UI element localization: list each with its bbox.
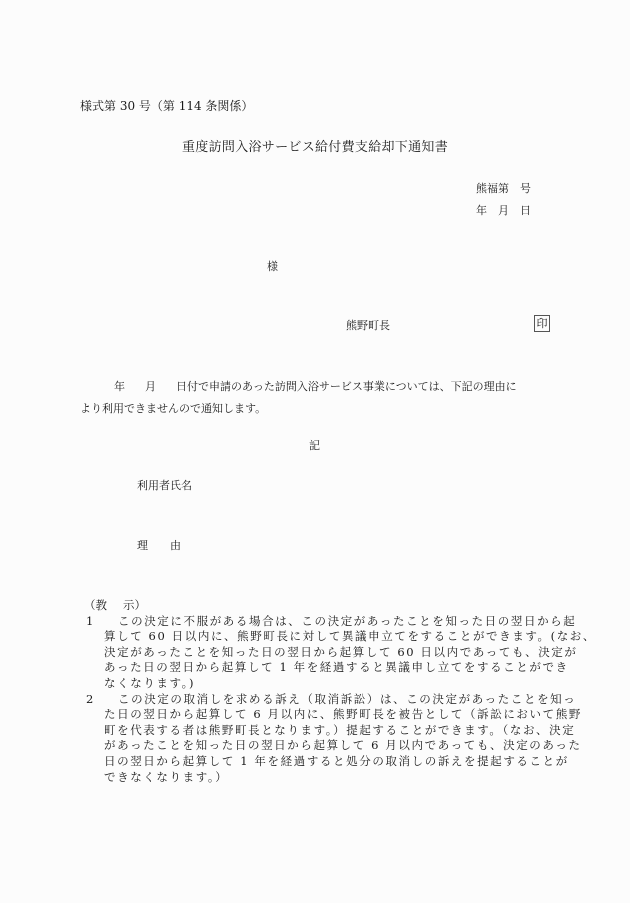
notice-item-number: 1 (80, 614, 104, 692)
form-number: 様式第 30 号（第 114 条関係） (80, 97, 253, 114)
notice-line: できなくなります。） (104, 770, 582, 786)
addressee-suffix: 様 (267, 258, 278, 274)
notice-item-number: 2 (80, 692, 104, 786)
notice-heading-open: （教 (84, 598, 107, 612)
ki-heading: 記 (309, 437, 320, 453)
document-title: 重度訪問入浴サービス給付費支給却下通知書 (182, 136, 448, 155)
seal-stamp: 印 (534, 315, 550, 332)
notice-line: た日の翌日から起算して 6 月以内に、熊野町長を被告として（訴訟において熊野 (104, 707, 582, 723)
user-name-label: 利用者氏名 (137, 477, 192, 493)
notice-item-2: 2 この決定の取消しを求める訴え（取消訴訟）は、この決定があったことを知っ た日… (80, 692, 555, 786)
reason-label-char-2: 由 (170, 539, 181, 552)
notice-line: この決定に不服がある場合は、この決定があったことを知った日の翌日から起 (104, 614, 596, 630)
notice-line: があったことを知った日の翌日から起算して 6 月以内であっても、決定のあった (104, 738, 582, 754)
notice-item-text: この決定に不服がある場合は、この決定があったことを知った日の翌日から起 算して … (104, 614, 596, 692)
notice-line: なくなります。) (104, 676, 596, 692)
reference-number: 熊福第 号 (476, 178, 531, 200)
notice-line: この決定の取消しを求める訴え（取消訴訟）は、この決定があったことを知っ (104, 692, 582, 708)
notice-item-1: 1 この決定に不服がある場合は、この決定があったことを知った日の翌日から起 算し… (80, 614, 555, 692)
notice-heading-close: 示） (123, 598, 146, 612)
notice-line: あった日の翌日から起算して 1 年を経過すると異議申し立てをすることができ (104, 660, 596, 676)
notice-heading: （教示） (80, 598, 555, 614)
body-year: 年 (114, 380, 125, 393)
body-month: 月 (145, 380, 156, 393)
appeal-notice: （教示） 1 この決定に不服がある場合は、この決定があったことを知った日の翌日か… (80, 598, 555, 785)
notification-body: 年月日付で申請のあった訪問入浴サービス事業については、下記の理由に より利用でき… (80, 376, 550, 420)
notice-item-text: この決定の取消しを求める訴え（取消訴訟）は、この決定があったことを知っ た日の翌… (104, 692, 582, 786)
reason-label-char-1: 理 (137, 539, 148, 552)
notice-line: 町を代表する者は熊野町長となります。）提起することができます。（なお、決定 (104, 723, 582, 739)
notice-line: 日の翌日から起算して 1 年を経過すると処分の取消しの訴えを提起することが (104, 754, 582, 770)
issuer-name: 熊野町長 (346, 317, 390, 333)
notice-line: 算して 60 日以内に、熊野町長に対して異議申立てをすることができます。(なお、 (104, 629, 596, 645)
reference-block: 熊福第 号 年 月 日 (476, 178, 531, 222)
body-line1: 日付で申請のあった訪問入浴サービス事業については、下記の理由に (176, 380, 517, 393)
reason-label: 理由 (137, 537, 181, 553)
reference-date: 年 月 日 (476, 200, 531, 222)
body-line2: より利用できませんので通知します。 (80, 398, 550, 420)
notice-line: 決定があったことを知った日の翌日から起算して 60 日以内であっても、決定が (104, 645, 596, 661)
